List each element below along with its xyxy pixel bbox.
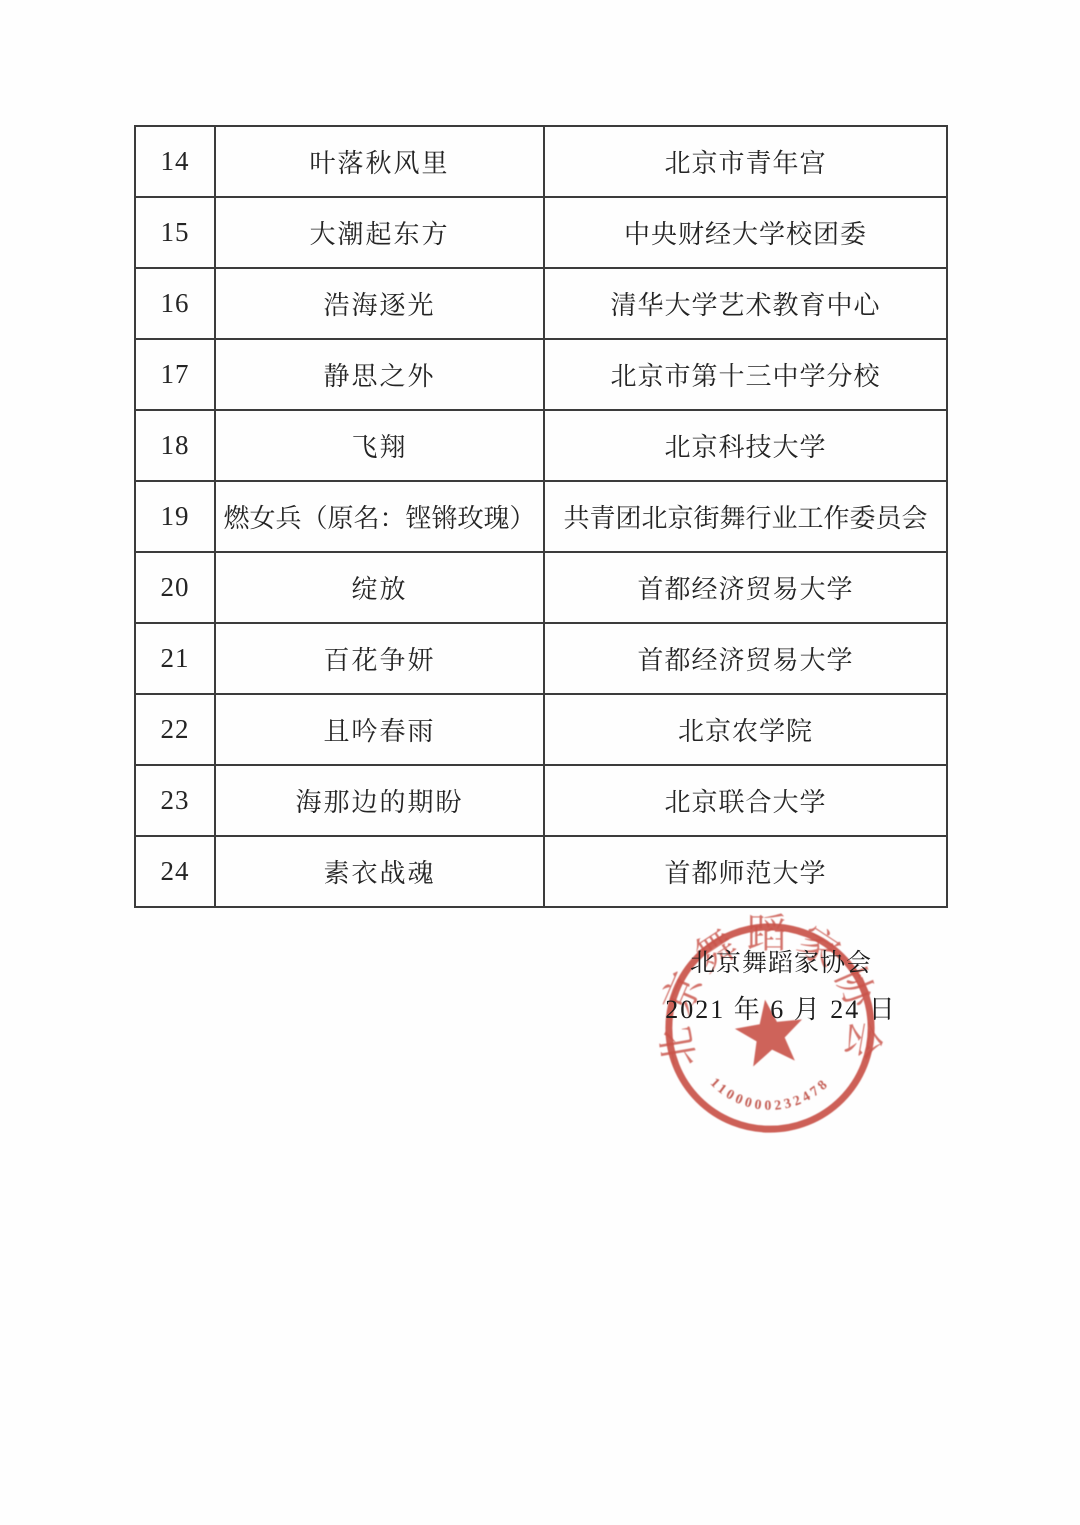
row-number-cell: 16 <box>135 268 215 339</box>
signature-date: 2021 年 6 月 24 日 <box>601 997 961 1023</box>
work-name-cell: 海那边的期盼 <box>215 765 544 836</box>
row-number-cell: 23 <box>135 765 215 836</box>
organization-cell: 北京联合大学 <box>544 765 947 836</box>
table-row: 18 飞翔 北京科技大学 <box>135 410 947 481</box>
organization-cell: 北京农学院 <box>544 694 947 765</box>
official-seal-stamp: 北京舞蹈家协会 1100000232478 <box>651 909 889 1147</box>
row-number-cell: 19 <box>135 481 215 552</box>
table-row: 17 静思之外 北京市第十三中学分校 <box>135 339 947 410</box>
work-name-cell: 浩海逐光 <box>215 268 544 339</box>
table-row: 23 海那边的期盼 北京联合大学 <box>135 765 947 836</box>
table-row: 15 大潮起东方 中央财经大学校团委 <box>135 197 947 268</box>
row-number-cell: 14 <box>135 126 215 197</box>
row-number-cell: 15 <box>135 197 215 268</box>
table-row: 22 且吟春雨 北京农学院 <box>135 694 947 765</box>
work-name-cell: 素衣战魂 <box>215 836 544 907</box>
signature-block: 北京舞蹈家协会 2021 年 6 月 24 日 <box>601 951 961 1023</box>
organization-cell: 北京市第十三中学分校 <box>544 339 947 410</box>
work-name-cell: 燃女兵（原名：铿锵玫瑰） <box>215 481 544 552</box>
row-number-cell: 18 <box>135 410 215 481</box>
work-name-cell: 绽放 <box>215 552 544 623</box>
table-row: 16 浩海逐光 清华大学艺术教育中心 <box>135 268 947 339</box>
seal-serial-number: 1100000232478 <box>707 1075 833 1113</box>
table-row: 14 叶落秋风里 北京市青年宫 <box>135 126 947 197</box>
table-row: 24 素衣战魂 首都师范大学 <box>135 836 947 907</box>
work-name-cell: 百花争妍 <box>215 623 544 694</box>
work-name-cell: 且吟春雨 <box>215 694 544 765</box>
work-name-cell: 飞翔 <box>215 410 544 481</box>
awards-table: 14 叶落秋风里 北京市青年宫 15 大潮起东方 中央财经大学校团委 16 浩海… <box>134 125 948 908</box>
row-number-cell: 21 <box>135 623 215 694</box>
document-page: 14 叶落秋风里 北京市青年宫 15 大潮起东方 中央财经大学校团委 16 浩海… <box>0 0 1080 1525</box>
work-name-cell: 大潮起东方 <box>215 197 544 268</box>
organization-cell: 共青团北京街舞行业工作委员会 <box>544 481 947 552</box>
organization-cell: 清华大学艺术教育中心 <box>544 268 947 339</box>
organization-cell: 北京市青年宫 <box>544 126 947 197</box>
row-number-cell: 22 <box>135 694 215 765</box>
row-number-cell: 17 <box>135 339 215 410</box>
organization-cell: 首都经济贸易大学 <box>544 623 947 694</box>
work-name-cell: 叶落秋风里 <box>215 126 544 197</box>
table-row: 21 百花争妍 首都经济贸易大学 <box>135 623 947 694</box>
row-number-cell: 24 <box>135 836 215 907</box>
table-row: 20 绽放 首都经济贸易大学 <box>135 552 947 623</box>
table-row: 19 燃女兵（原名：铿锵玫瑰） 共青团北京街舞行业工作委员会 <box>135 481 947 552</box>
organization-cell: 北京科技大学 <box>544 410 947 481</box>
signature-organization: 北京舞蹈家协会 <box>601 951 961 976</box>
work-name-cell: 静思之外 <box>215 339 544 410</box>
row-number-cell: 20 <box>135 552 215 623</box>
organization-cell: 首都师范大学 <box>544 836 947 907</box>
organization-cell: 首都经济贸易大学 <box>544 552 947 623</box>
organization-cell: 中央财经大学校团委 <box>544 197 947 268</box>
